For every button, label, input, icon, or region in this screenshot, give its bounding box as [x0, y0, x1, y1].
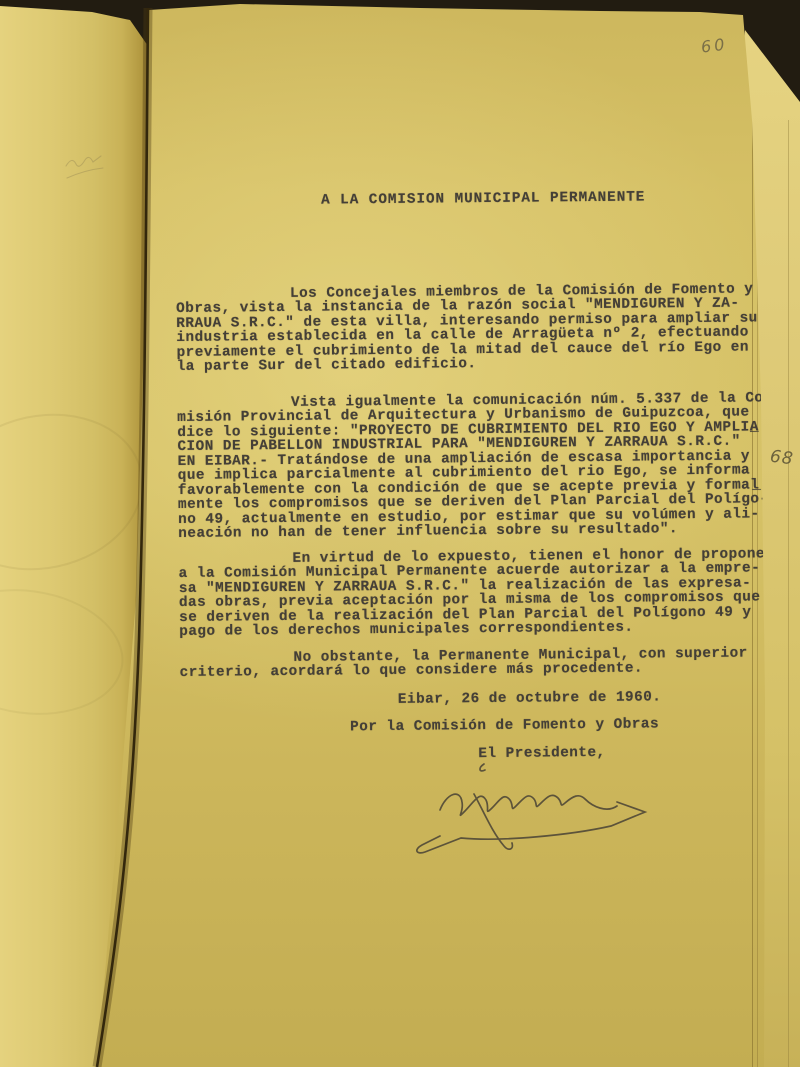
paragraph-2: Vista igualmente la comunicación núm. 5.… — [177, 391, 778, 541]
pencil-folio-number-60: 60 — [700, 34, 728, 56]
committee-line: Por la Comisión de Fomento y Obras — [350, 717, 659, 734]
dateline: Eibar, 26 de octubre de 1960. — [398, 690, 662, 707]
paragraph-3: En virtud de lo expuesto, tienen el hono… — [178, 547, 779, 639]
handwritten-signature — [388, 748, 698, 863]
document-title: A LA COMISION MUNICIPAL PERMANENTE — [321, 190, 645, 208]
faint-stamp-mark — [0, 395, 158, 588]
text-line: criterio, acordará lo que considere más … — [180, 661, 780, 681]
page-fold-line — [788, 120, 789, 1067]
text-line: neación no han de tener influencia sobre… — [178, 521, 778, 541]
faint-pencil-scribble — [60, 150, 130, 190]
faint-stamp-mark — [0, 577, 132, 727]
paragraph-4: No obstante, la Permanente Municipal, co… — [179, 646, 779, 681]
photographed-bound-document: 68 60 A LA COMISION MUNICIPAL PERMANENTE… — [0, 0, 800, 1067]
typewritten-text-block: A LA COMISION MUNICIPAL PERMANENTE Los C… — [175, 187, 781, 793]
paragraph-1: Los Concejales miembros de la Comisión d… — [176, 282, 777, 374]
pencil-folio-number-68: 68 — [769, 447, 795, 470]
text-line: pago de los derechos municipales corresp… — [179, 619, 779, 639]
